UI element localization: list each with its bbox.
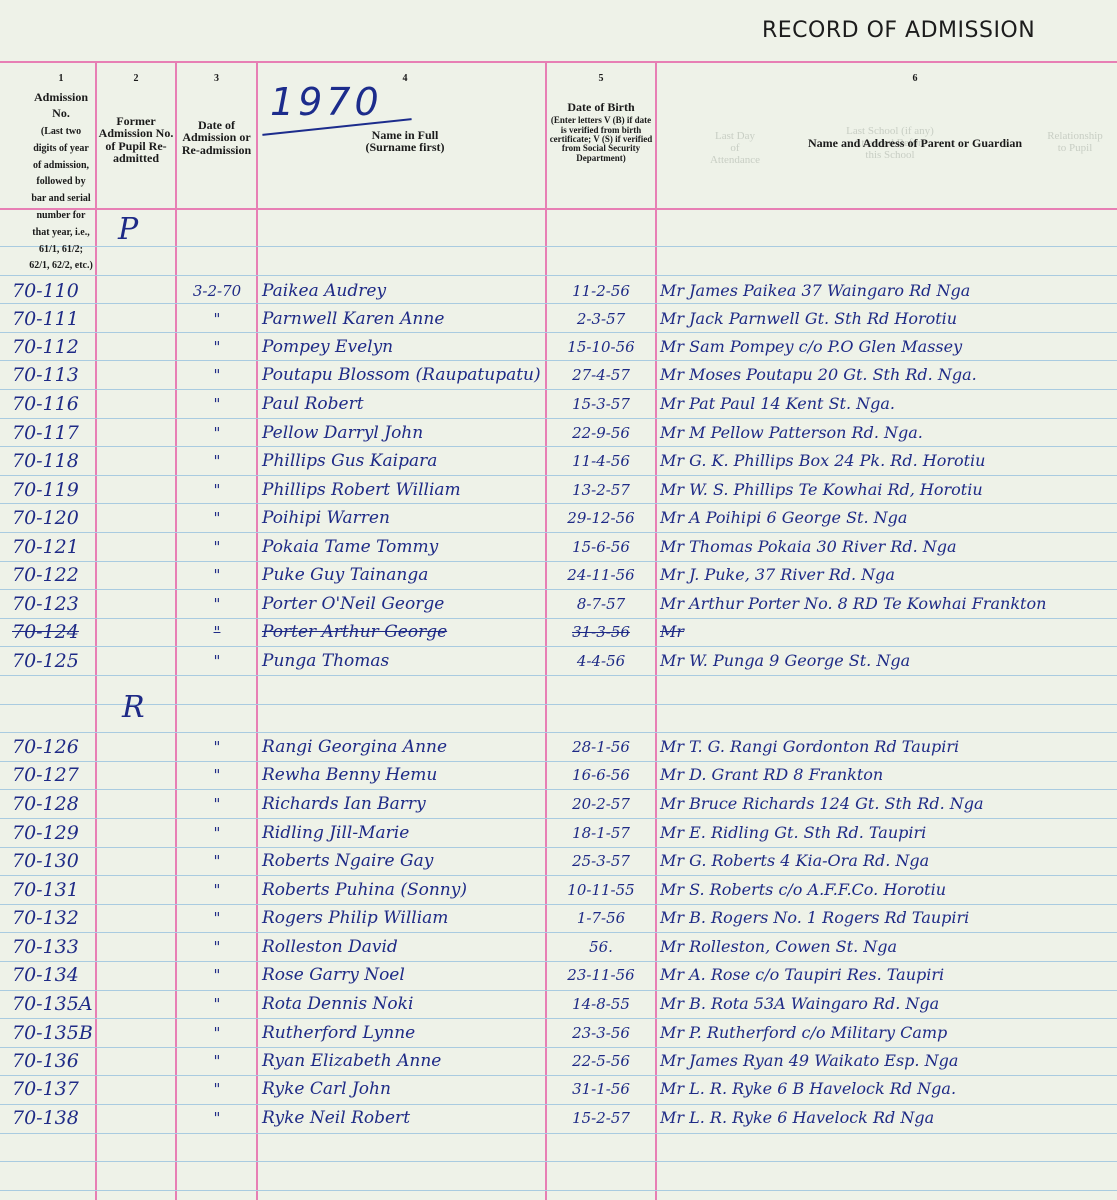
admission-date: "	[178, 881, 256, 899]
header-top-rule	[0, 61, 1117, 63]
parent-name-address: Mr B. Rogers No. 1 Rogers Rd Taupiri	[660, 908, 969, 927]
column-header-former-admission: 2 Former Admission No. of Pupil Re-admit…	[97, 74, 175, 165]
parent-name-address: Mr B. Rota 53A Waingaro Rd. Nga	[660, 994, 939, 1013]
ruled-line	[0, 275, 1117, 276]
parent-name-address: Mr G. K. Phillips Box 24 Pk. Rd. Horotiu	[660, 451, 985, 470]
admission-date: "	[178, 652, 256, 670]
admission-number: 70-136	[12, 1050, 79, 1072]
admission-date: "	[178, 966, 256, 984]
pupil-name: Paul Robert	[262, 394, 364, 414]
admission-number: 70-138	[12, 1107, 79, 1129]
admission-number: 70-137	[12, 1078, 79, 1100]
admission-number: 70-126	[12, 736, 79, 758]
admission-date: "	[178, 481, 256, 499]
page-title: RECORD OF ADMISSION	[762, 18, 1035, 43]
pupil-name: Ryan Elizabeth Anne	[262, 1051, 441, 1071]
pupil-name: Ryke Carl John	[262, 1079, 391, 1099]
admission-date: "	[178, 766, 256, 784]
date-of-birth: 4-4-56	[548, 652, 654, 670]
admission-number: 70-124	[12, 621, 79, 643]
admission-date: "	[178, 1052, 256, 1070]
admission-number: 70-122	[12, 564, 79, 586]
admission-date: 3-2-70	[178, 282, 256, 300]
admission-number: 70-120	[12, 507, 79, 529]
date-of-birth: 31-3-56	[548, 623, 654, 641]
table-row: 70-121"Pokaia Tame Tommy15-6-56Mr Thomas…	[0, 534, 1117, 563]
admission-date: "	[178, 824, 256, 842]
admission-number: 70-127	[12, 764, 79, 786]
table-row: 70-120"Poihipi Warren29-12-56Mr A Poihip…	[0, 505, 1117, 534]
date-of-birth: 8-7-57	[548, 595, 654, 613]
parent-name-address: Mr Pat Paul 14 Kent St. Nga.	[660, 394, 895, 413]
admission-number: 70-134	[12, 964, 79, 986]
date-of-birth: 31-1-56	[548, 1080, 654, 1098]
admission-number: 70-132	[12, 907, 79, 929]
admission-date: "	[178, 538, 256, 556]
admission-date: "	[178, 366, 256, 384]
parent-name-address: Mr Thomas Pokaia 30 River Rd. Nga	[660, 537, 957, 556]
table-row: 70-125"Punga Thomas4-4-56Mr W. Punga 9 G…	[0, 648, 1117, 677]
pupil-name: Rutherford Lynne	[262, 1023, 415, 1043]
ruled-line	[0, 246, 1117, 247]
admission-date: "	[178, 395, 256, 413]
admission-date: "	[178, 1080, 256, 1098]
admission-date: "	[178, 338, 256, 356]
column-note: (Enter letters V (B) if date is verified…	[547, 116, 655, 163]
parent-name-address: Mr Arthur Porter No. 8 RD Te Kowhai Fran…	[660, 594, 1046, 613]
parent-name-address: Mr Moses Poutapu 20 Gt. Sth Rd. Nga.	[660, 365, 977, 384]
pupil-name: Richards Ian Barry	[262, 794, 426, 814]
table-row: 70-119"Phillips Robert William13-2-57Mr …	[0, 477, 1117, 506]
pupil-name: Phillips Gus Kaipara	[262, 451, 437, 471]
parent-name-address: Mr A. Rose c/o Taupiri Res. Taupiri	[660, 965, 944, 984]
pupil-name: Rogers Philip William	[262, 908, 448, 928]
pupil-name: Puke Guy Tainanga	[262, 565, 428, 585]
table-row: 70-117"Pellow Darryl John22-9-56Mr M Pel…	[0, 420, 1117, 449]
parent-name-address: Mr Rolleston, Cowen St. Nga	[660, 937, 897, 956]
pupil-name: Poutapu Blossom (Raupatupatu)	[262, 365, 541, 385]
date-of-birth: 11-4-56	[548, 452, 654, 470]
table-row: 70-132"Rogers Philip William1-7-56Mr B. …	[0, 905, 1117, 934]
admission-number: 70-125	[12, 650, 79, 672]
pupil-name: Roberts Puhina (Sonny)	[262, 880, 467, 900]
column-heading: Name and Address of Parent or Guardian	[780, 137, 1050, 150]
admission-number: 70-131	[12, 879, 79, 901]
parent-name-address: Mr James Paikea 37 Waingaro Rd Nga	[660, 281, 970, 300]
pupil-name: Pompey Evelyn	[262, 337, 393, 357]
date-of-birth: 11-2-56	[548, 282, 654, 300]
date-of-birth: 20-2-57	[548, 795, 654, 813]
bleed-through-text: Relationshipto Pupil	[1040, 130, 1110, 154]
table-row: 70-130"Roberts Ngaire Gay25-3-57Mr G. Ro…	[0, 848, 1117, 877]
column-heading: Admission No.	[34, 90, 88, 121]
pupil-name: Ridling Jill-Marie	[262, 823, 409, 843]
bleed-through-text: Last DayofAttendance	[700, 130, 770, 166]
table-row: 70-137"Ryke Carl John31-1-56Mr L. R. Ryk…	[0, 1076, 1117, 1105]
date-of-birth: 56.	[548, 938, 654, 956]
table-row: 70-1103-2-70Paikea Audrey11-2-56Mr James…	[0, 278, 1117, 307]
admission-date: "	[178, 623, 256, 641]
admission-date: "	[178, 452, 256, 470]
parent-name-address: Mr A Poihipi 6 George St. Nga	[660, 508, 907, 527]
column-heading: Date of Admission or Re-admission	[177, 119, 256, 157]
column-note: (Last two digits of year of admission, f…	[29, 126, 93, 271]
date-of-birth: 15-3-57	[548, 395, 654, 413]
column-header-name-in-full: 4 Name in Full (Surname first)	[350, 74, 460, 154]
pupil-name: Pokaia Tame Tommy	[262, 537, 438, 557]
date-of-birth: 2-3-57	[548, 310, 654, 328]
admission-number: 70-113	[12, 364, 79, 386]
table-row: 70-127"Rewha Benny Hemu16-6-56Mr D. Gran…	[0, 762, 1117, 791]
pupil-name: Punga Thomas	[262, 651, 389, 671]
admission-date: "	[178, 738, 256, 756]
admission-date: "	[178, 938, 256, 956]
table-row: 70-122"Puke Guy Tainanga24-11-56Mr J. Pu…	[0, 562, 1117, 591]
parent-name-address: Mr Sam Pompey c/o P.O Glen Massey	[660, 337, 962, 356]
column-note: (Surname first)	[350, 141, 460, 154]
admission-number: 70-112	[12, 336, 79, 358]
date-of-birth: 16-6-56	[548, 766, 654, 784]
pupil-name: Rangi Georgina Anne	[262, 737, 447, 757]
admission-date: "	[178, 1109, 256, 1127]
table-row: 70-126"Rangi Georgina Anne28-1-56Mr T. G…	[0, 734, 1117, 763]
date-of-birth: 22-5-56	[548, 1052, 654, 1070]
table-row: 70-135A"Rota Dennis Noki14-8-55Mr B. Rot…	[0, 991, 1117, 1020]
table-row: 70-129"Ridling Jill-Marie18-1-57Mr E. Ri…	[0, 820, 1117, 849]
table-row: 70-138"Ryke Neil Robert15-2-57Mr L. R. R…	[0, 1105, 1117, 1134]
table-row: 70-131"Roberts Puhina (Sonny)10-11-55Mr …	[0, 877, 1117, 906]
column-number: 2	[97, 74, 175, 85]
date-of-birth: 1-7-56	[548, 909, 654, 927]
admission-number: 70-129	[12, 822, 79, 844]
parent-name-address: Mr T. G. Rangi Gordonton Rd Taupiri	[660, 737, 959, 756]
column-number: 3	[177, 74, 256, 85]
date-of-birth: 14-8-55	[548, 995, 654, 1013]
date-of-birth: 29-12-56	[548, 509, 654, 527]
pupil-name: Roberts Ngaire Gay	[262, 851, 433, 871]
column-header-date-of-birth: 5 Date of Birth (Enter letters V (B) if …	[547, 74, 655, 163]
admission-date: "	[178, 1024, 256, 1042]
pupil-name: Rewha Benny Hemu	[262, 765, 437, 785]
parent-name-address: Mr J. Puke, 37 River Rd. Nga	[660, 565, 895, 584]
admission-register-page: RECORD OF ADMISSION Last School (if any)…	[0, 0, 1117, 1200]
admission-date: "	[178, 424, 256, 442]
section-letter-p: P	[118, 212, 138, 247]
date-of-birth: 15-10-56	[548, 338, 654, 356]
date-of-birth: 15-2-57	[548, 1109, 654, 1127]
admission-date: "	[178, 995, 256, 1013]
parent-name-address: Mr G. Roberts 4 Kia-Ora Rd. Nga	[660, 851, 929, 870]
pupil-name: Parnwell Karen Anne	[262, 309, 444, 329]
admission-date: "	[178, 909, 256, 927]
parent-name-address: Mr E. Ridling Gt. Sth Rd. Taupiri	[660, 823, 926, 842]
admission-number: 70-130	[12, 850, 79, 872]
admission-number: 70-123	[12, 593, 79, 615]
column-heading: Former Admission No. of Pupil Re-admitte…	[97, 115, 175, 165]
header-bottom-rule	[0, 208, 1117, 210]
admission-date: "	[178, 595, 256, 613]
admission-date: "	[178, 852, 256, 870]
table-row: 70-112"Pompey Evelyn15-10-56Mr Sam Pompe…	[0, 334, 1117, 363]
parent-name-address: Mr P. Rutherford c/o Military Camp	[660, 1023, 947, 1042]
parent-name-address: Mr L. R. Ryke 6 B Havelock Rd Nga.	[660, 1079, 956, 1098]
parent-name-address: Mr S. Roberts c/o A.F.F.Co. Horotiu	[660, 880, 946, 899]
parent-name-address: Mr W. S. Phillips Te Kowhai Rd, Horotiu	[660, 480, 983, 499]
date-of-birth: 24-11-56	[548, 566, 654, 584]
pupil-name: Poihipi Warren	[262, 508, 390, 528]
table-row: 70-123"Porter O'Neil George8-7-57Mr Arth…	[0, 591, 1117, 620]
section-letter-r: R	[122, 690, 145, 725]
pupil-name: Rose Garry Noel	[262, 965, 405, 985]
pupil-name: Pellow Darryl John	[262, 423, 423, 443]
parent-name-address: Mr W. Punga 9 George St. Nga	[660, 651, 910, 670]
parent-name-address: Mr L. R. Ryke 6 Havelock Rd Nga	[660, 1108, 934, 1127]
column-number: 6	[780, 74, 1050, 85]
date-of-birth: 23-11-56	[548, 966, 654, 984]
parent-name-address: Mr	[660, 622, 684, 641]
table-row: 70-116"Paul Robert15-3-57Mr Pat Paul 14 …	[0, 391, 1117, 420]
table-row: 70-124"Porter Arthur George31-3-56Mr	[0, 619, 1117, 648]
admission-date: "	[178, 509, 256, 527]
admission-number: 70-111	[12, 308, 79, 330]
table-row: 70-111"Parnwell Karen Anne2-3-57Mr Jack …	[0, 306, 1117, 335]
date-of-birth: 27-4-57	[548, 366, 654, 384]
column-header-admission-no: 1 Admission No. (Last two digits of year…	[28, 74, 94, 273]
parent-name-address: Mr James Ryan 49 Waikato Esp. Nga	[660, 1051, 958, 1070]
column-header-parent-guardian: 6 Name and Address of Parent or Guardian	[780, 74, 1050, 149]
admission-number: 70-118	[12, 450, 79, 472]
date-of-birth: 22-9-56	[548, 424, 654, 442]
admission-number: 70-117	[12, 422, 79, 444]
admission-number: 70-119	[12, 479, 79, 501]
date-of-birth: 23-3-56	[548, 1024, 654, 1042]
admission-number: 70-128	[12, 793, 79, 815]
date-of-birth: 15-6-56	[548, 538, 654, 556]
parent-name-address: Mr Bruce Richards 124 Gt. Sth Rd. Nga	[660, 794, 984, 813]
pupil-name: Paikea Audrey	[262, 281, 386, 301]
column-number: 4	[350, 74, 460, 85]
table-row: 70-134"Rose Garry Noel23-11-56Mr A. Rose…	[0, 962, 1117, 991]
column-header-date-of-admission: 3 Date of Admission or Re-admission	[177, 74, 256, 156]
admission-number: 70-135B	[12, 1022, 93, 1044]
date-of-birth: 28-1-56	[548, 738, 654, 756]
ruled-line	[0, 732, 1117, 733]
date-of-birth: 10-11-55	[548, 881, 654, 899]
table-row: 70-133"Rolleston David56.Mr Rolleston, C…	[0, 934, 1117, 963]
table-row: 70-118"Phillips Gus Kaipara11-4-56Mr G. …	[0, 448, 1117, 477]
table-row: 70-136"Ryan Elizabeth Anne22-5-56Mr Jame…	[0, 1048, 1117, 1077]
date-of-birth: 25-3-57	[548, 852, 654, 870]
admission-number: 70-110	[12, 280, 79, 302]
column-heading: Date of Birth	[547, 101, 655, 114]
parent-name-address: Mr M Pellow Patterson Rd. Nga.	[660, 423, 923, 442]
table-row: 70-128"Richards Ian Barry20-2-57Mr Bruce…	[0, 791, 1117, 820]
pupil-name: Rolleston David	[262, 937, 398, 957]
parent-name-address: Mr Jack Parnwell Gt. Sth Rd Horotiu	[660, 309, 957, 328]
admission-date: "	[178, 566, 256, 584]
pupil-name: Ryke Neil Robert	[262, 1108, 410, 1128]
admission-number: 70-116	[12, 393, 79, 415]
pupil-name: Rota Dennis Noki	[262, 994, 413, 1014]
admission-date: "	[178, 795, 256, 813]
pupil-name: Porter Arthur George	[262, 622, 447, 642]
table-row: 70-113"Poutapu Blossom (Raupatupatu)27-4…	[0, 362, 1117, 391]
ruled-line	[0, 1161, 1117, 1162]
admission-date: "	[178, 310, 256, 328]
date-of-birth: 13-2-57	[548, 481, 654, 499]
pupil-name: Porter O'Neil George	[262, 594, 444, 614]
pupil-name: Phillips Robert William	[262, 480, 461, 500]
table-row: 70-135B"Rutherford Lynne23-3-56Mr P. Rut…	[0, 1020, 1117, 1049]
column-number: 1	[28, 74, 94, 85]
date-of-birth: 18-1-57	[548, 824, 654, 842]
column-number: 5	[547, 74, 655, 85]
parent-name-address: Mr D. Grant RD 8 Frankton	[660, 765, 883, 784]
admission-number: 70-135A	[12, 993, 93, 1015]
admission-number: 70-121	[12, 536, 79, 558]
ruled-line	[0, 704, 1117, 705]
admission-number: 70-133	[12, 936, 79, 958]
ruled-line	[0, 1190, 1117, 1191]
